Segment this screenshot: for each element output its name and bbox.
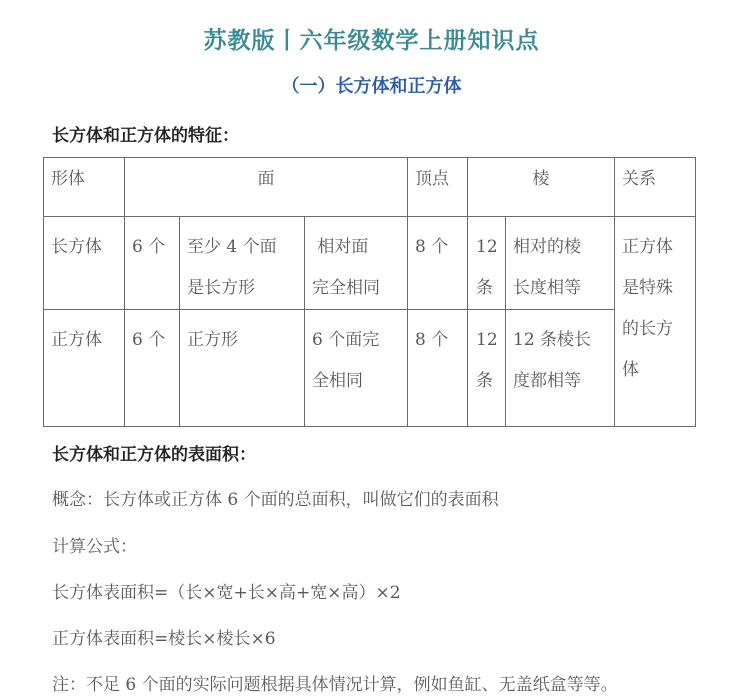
header-relation: 关系 (615, 158, 696, 217)
cell-face-shape: 至少 4 个面 是长方形 (180, 217, 305, 310)
cell-face-relation: 相对面 完全相同 (305, 217, 408, 310)
header-shape: 形体 (44, 158, 125, 217)
concept-text: 概念：长方体或正方体 6 个面的总面积，叫做它们的表面积 (52, 485, 499, 510)
cell-face-count: 6 个 (125, 217, 180, 310)
cell-face-shape: 正方形 (180, 310, 305, 427)
note-text: 注：不足 6 个面的实际问题根据具体情况计算，例如鱼缸、无盖纸盒等等。 (52, 670, 618, 695)
cell-vertex: 8 个 (408, 217, 468, 310)
table-row-cube: 正方体 6 个 正方形 6 个面完 全相同 8 个 12 条 12 条棱长 度都… (44, 310, 696, 427)
cell-edge-relation: 12 条棱长 度都相等 (506, 310, 615, 427)
surface-area-heading: 长方体和正方体的表面积： (52, 440, 256, 465)
header-face: 面 (125, 158, 408, 217)
section-subtitle: （一）长方体和正方体 (0, 72, 743, 98)
cell-edge-count: 12 条 (468, 310, 506, 427)
formula-label: 计算公式： (52, 532, 137, 557)
cell-shape: 长方体 (44, 217, 125, 310)
page-title: 苏教版丨六年级数学上册知识点 (0, 22, 743, 55)
cuboid-formula: 长方体表面积=（长×宽+长×高+宽×高）×2 (52, 578, 401, 603)
cell-face-count: 6 个 (125, 310, 180, 427)
features-table: 形体 面 顶点 棱 关系 长方体 6 个 至少 4 个面 是长方形 相对面 完全… (43, 157, 696, 427)
features-heading: 长方体和正方体的特征： (52, 121, 239, 146)
table-row-cuboid: 长方体 6 个 至少 4 个面 是长方形 相对面 完全相同 8 个 12 条 相… (44, 217, 696, 310)
cell-face-relation: 6 个面完 全相同 (305, 310, 408, 427)
table-header-row: 形体 面 顶点 棱 关系 (44, 158, 696, 217)
cell-vertex: 8 个 (408, 310, 468, 427)
cube-formula: 正方体表面积=棱长×棱长×6 (52, 624, 276, 649)
header-edge: 棱 (468, 158, 615, 217)
cell-relation: 正方体 是特殊 的长方 体 (615, 217, 696, 427)
cell-edge-relation: 相对的棱 长度相等 (506, 217, 615, 310)
cell-edge-count: 12 条 (468, 217, 506, 310)
header-vertex: 顶点 (408, 158, 468, 217)
cell-shape: 正方体 (44, 310, 125, 427)
